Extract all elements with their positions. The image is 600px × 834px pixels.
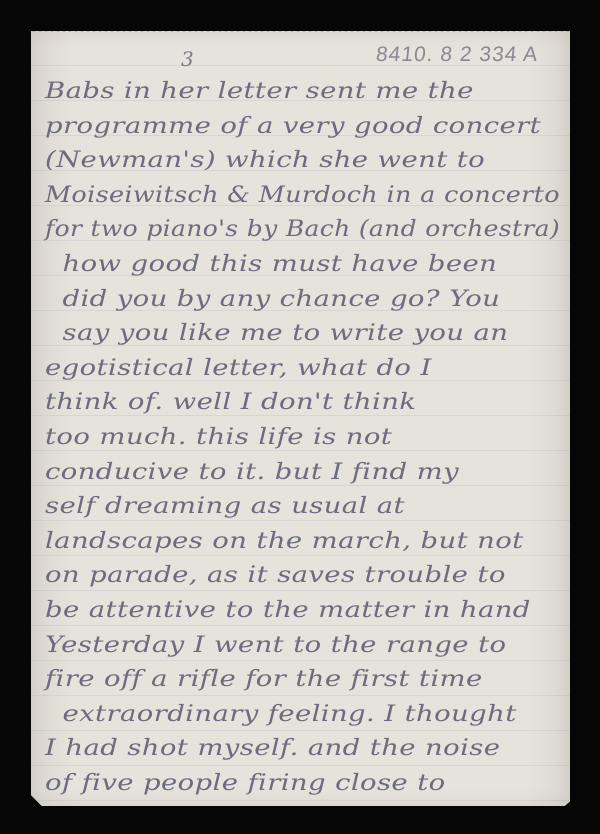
text-line: conducive to it. but I find my	[45, 456, 600, 491]
handwritten-text: Babs in her letter sent me the programme…	[45, 75, 560, 834]
text-line: (Newman's) which she went to	[45, 144, 600, 179]
text-line: on parade, as it saves trouble to	[45, 559, 600, 594]
catalog-reference: 8410. 8 2 334 A	[375, 43, 540, 67]
text-line: how good this must have been	[45, 248, 600, 283]
text-line: Moiseiwitsch & Murdoch in a concerto	[45, 179, 600, 214]
text-line: Babs in her letter sent me the	[45, 75, 600, 110]
page-number: 3	[181, 47, 195, 71]
text-line: did you by any chance go? You	[45, 283, 600, 318]
text-line: I had shot myself. and the noise	[45, 732, 600, 767]
text-line: self dreaming as usual at	[45, 490, 600, 525]
scanned-page: 3 8410. 8 2 334 A Babs in her letter sen…	[0, 0, 600, 834]
text-line: say you like me to write you an	[45, 317, 600, 352]
text-line: programme of a very good concert	[45, 110, 600, 145]
text-line: landscapes on the march, but not	[45, 525, 600, 560]
text-line: extraordinary feeling. I thought	[45, 698, 600, 733]
text-line: for two piano's by Bach (and orchestra)	[45, 213, 600, 248]
letter-paper: 3 8410. 8 2 334 A Babs in her letter sen…	[31, 31, 570, 806]
text-line: egotistical letter, what do I	[45, 352, 600, 387]
text-line: Yesterday I went to the range to	[45, 629, 600, 664]
text-line: think of. well I don't think	[45, 386, 600, 421]
text-line: be attentive to the matter in hand	[45, 594, 600, 629]
text-line: me seemed terrific. I am	[45, 801, 600, 834]
perforated-top-edge	[31, 29, 570, 34]
text-line: fire off a rifle for the first time	[45, 663, 600, 698]
text-line: of five people firing close to	[45, 767, 600, 802]
text-line: too much. this life is not	[45, 421, 600, 456]
